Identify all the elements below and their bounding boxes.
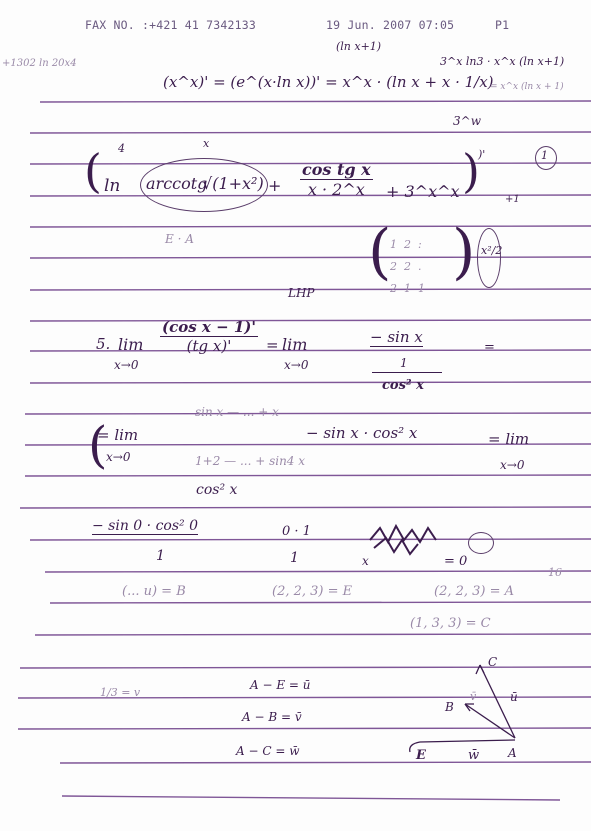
prime-mark: )' (478, 148, 485, 161)
plus-sign: + (268, 176, 281, 195)
step3-middle: 0 · 1 (282, 524, 311, 539)
marker-number: 4 (118, 142, 125, 155)
fraction-cos-tg: cos tg x x · 2^x (300, 160, 373, 199)
limit-rhs-tail: = (484, 340, 495, 355)
superscript-3w: 3^w (453, 114, 481, 128)
limit-lhs-numerator: (cos x − 1)' (160, 318, 258, 337)
term-3-pow-x: + 3^x^x (386, 182, 460, 201)
step2-faint-bottom: 1+2 — ... + sin4 x (195, 454, 305, 468)
vectors-row1-a: (... u) = B (122, 584, 186, 599)
matrix-left-text: E · A (165, 232, 194, 246)
fax-number: FAX NO. :+421 41 7342133 (85, 18, 256, 32)
step3-den2: 1 (290, 550, 299, 566)
fraction-denominator: x · 2^x (300, 180, 373, 199)
vector-eq-3: A − C = w̄ (236, 744, 300, 758)
item-number: 5. (96, 335, 110, 353)
diagram-label-u: ū (510, 690, 518, 704)
step3-den1: 1 (156, 548, 165, 564)
step3-expression-text: − sin 0 · cos² 0 (92, 518, 198, 535)
diagram-label-b: B (445, 700, 454, 714)
annotation-ln-x-plus-1: (ln x+1) (336, 40, 381, 53)
diagram-label-a: A (508, 746, 517, 760)
diagram-label-w: w̄ (468, 748, 479, 763)
limit-lhs-fraction: (cos x − 1)' (tg x)' (160, 318, 258, 355)
ln-term: ln (104, 176, 120, 196)
arccotg-term: arccotg (146, 174, 207, 193)
circled-zero (468, 532, 494, 554)
matrix-entries: 1 2 : 2 2 . 2 1 1 (390, 234, 425, 300)
limit-rhs-fraction-bar (372, 372, 442, 373)
equation-x-pow-x-derivative: (x^x)' = (e^(x·ln x))' = x^x · (ln x + x… (163, 73, 494, 91)
step2-tail-sub: x→0 (500, 458, 524, 472)
step2-tail: = lim (488, 430, 529, 448)
step3-note-x: x (362, 554, 369, 568)
limit-rhs-lim: lim (282, 335, 307, 354)
matrix-right-bracket: ) (452, 222, 475, 282)
diagram-label-v: v̄ (470, 690, 476, 703)
step3-result: = 0 (444, 554, 467, 569)
diagram-label-c: C (488, 655, 497, 669)
fraction-numerator: cos tg x (300, 160, 373, 180)
limit-rhs-numerator: − sin x (370, 328, 423, 346)
step2-prefix: = lim (97, 426, 138, 444)
equation-text: (x^x)' = (e^(x·ln x))' = x^x · (ln x + x… (163, 73, 494, 91)
marker-x: x (203, 137, 209, 150)
matrix-left-bracket: ( (368, 222, 391, 282)
limit-lhs-sub: x→0 (114, 358, 138, 372)
step2-body: − sin x · cos² x (306, 424, 417, 442)
limit-rhs-den-numerator: 1 (400, 356, 408, 370)
fax-page-number: P1 (495, 18, 509, 32)
lhp-label: LHP (288, 286, 315, 300)
annotation-derivative-result: 3^x ln3 · x^x (ln x+1) (440, 55, 564, 68)
limit-equals: = (266, 336, 279, 354)
top-left-scribble: +1302 ln 20x4 (2, 58, 77, 69)
vector-eq-2: A − B = v̄ (242, 710, 302, 724)
step2-denominator: cos² x (196, 482, 237, 498)
left-margin-fraction: 1/3 = v (100, 686, 140, 699)
limit-lhs-denominator: (tg x)' (160, 337, 258, 355)
limit-lhs-lim: lim (118, 335, 143, 354)
subscript-plus-1: +1 (505, 194, 520, 205)
limit-rhs-den-denominator: cos² x (382, 378, 424, 393)
left-paren: ( (84, 148, 102, 194)
sqrt-term: √(1+x²) (202, 174, 264, 193)
circled-number: 1 (541, 149, 548, 162)
circled-fraction (477, 228, 501, 288)
step2-sub: x→0 (106, 450, 130, 464)
step3-expression: − sin 0 · cos² 0 (92, 518, 198, 534)
fax-page: FAX NO. :+421 41 7342133 19 Jun. 2007 07… (0, 0, 591, 831)
equation-tail-faint: = x^x (ln x + 1) (490, 82, 564, 92)
vectors-row2: (1, 3, 3) = C (410, 616, 491, 631)
fax-datetime: 19 Jun. 2007 07:05 (326, 18, 454, 32)
diagram-label-e: E (416, 748, 426, 763)
vectors-row1-c: (2, 2, 3) = A (434, 584, 514, 599)
vector-eq-1: A − E = ū (250, 678, 311, 692)
circled-fraction-text: x²/2 (481, 244, 502, 257)
margin-16: 16 (548, 566, 562, 579)
limit-rhs-sub: x→0 (284, 358, 308, 372)
vectors-row1-b: (2, 2, 3) = E (272, 584, 352, 599)
vector-triangle-diagram (380, 660, 580, 770)
limit-rhs-numerator-text: − sin x (370, 328, 423, 347)
step2-faint-top: sin x — ... + x (195, 405, 279, 419)
